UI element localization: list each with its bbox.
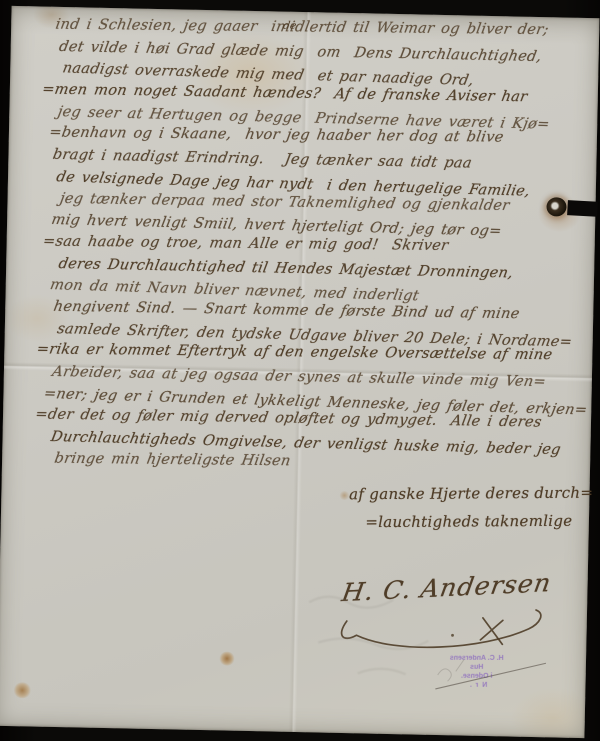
fox-spot <box>339 491 349 500</box>
fox-spot <box>219 651 235 665</box>
letter-page: de ind i Schlesien, jeg gaaer imidlertid… <box>0 6 599 738</box>
photo-background: de ind i Schlesien, jeg gaaer imidlertid… <box>0 0 600 741</box>
fox-spot <box>13 682 31 698</box>
closing-line: af ganske Hjerte deres durch= <box>349 479 575 509</box>
closing-formula: af ganske Hjerte deres durch= =lauchtigh… <box>349 479 575 537</box>
handwriting-body: de ind i Schlesien, jeg gaaer imidlertid… <box>22 16 591 483</box>
ink-bleedthrough <box>297 572 499 696</box>
paper-edge-notch <box>567 200 598 217</box>
closing-line: =lauchtigheds taknemlige <box>349 507 575 537</box>
